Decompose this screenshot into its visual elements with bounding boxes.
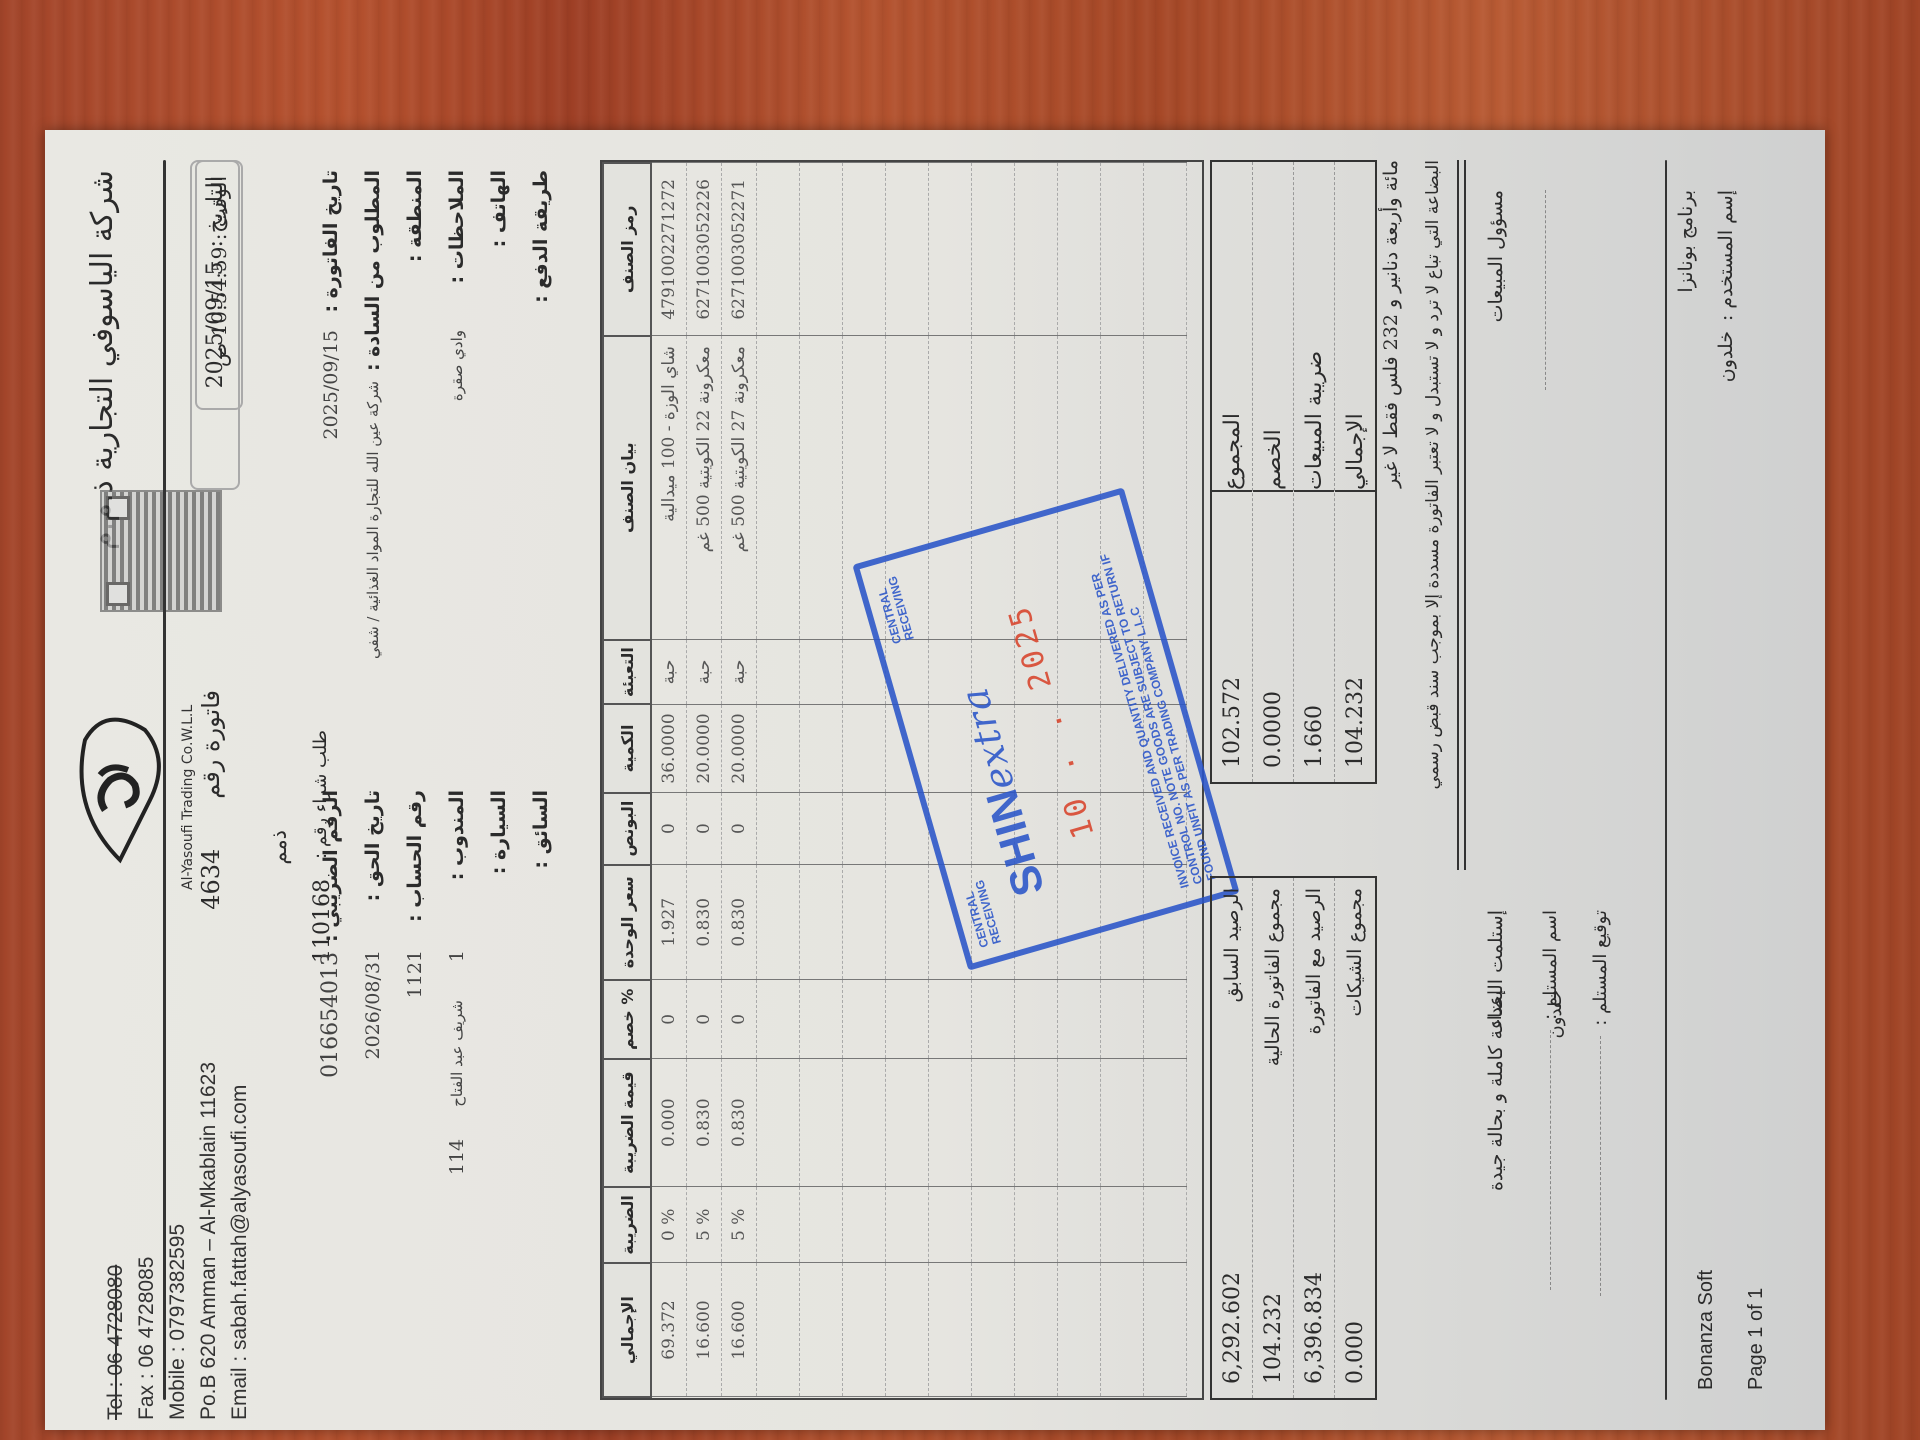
time-value: 10:54:59 ص (207, 247, 231, 367)
item-discount: 0 (651, 980, 687, 1059)
time-box: الوقت : 10:54:59 ص (195, 160, 243, 410)
receiver-name-label: اسم المستلم : (1540, 910, 1561, 1020)
item-tax-percent: % 5 (722, 1187, 757, 1263)
empty-cell (1015, 980, 1058, 1059)
empty-cell (1101, 1263, 1144, 1397)
empty-cell (972, 163, 1015, 336)
empty-cell (886, 1187, 929, 1263)
item-discount: 0 (722, 980, 757, 1059)
empty-cell (757, 1187, 800, 1263)
info-label: المنطقة : (394, 170, 436, 320)
salesman-id: 1 (436, 950, 478, 962)
stamp-brand-text: SHIN (977, 783, 1054, 901)
empty-cell (757, 1059, 800, 1187)
empty-cell (800, 163, 843, 336)
receiver-name-row: اسم المستلم : (1540, 910, 1561, 1370)
empty-cell (843, 980, 886, 1059)
info-label: السيارة : (478, 790, 520, 940)
invoice-label: فاتورة رقم (197, 690, 225, 799)
info-label: السائق : (520, 790, 562, 940)
table-row: 4791002271272شاي الوزة - 100 ميداليةحبة3… (651, 163, 687, 1397)
empty-cell (1144, 163, 1187, 336)
info-label: رقم الحساب : (394, 790, 436, 940)
empty-cell (757, 865, 800, 980)
current-invoice-value: 104.232 (1261, 1148, 1286, 1398)
empty-cell (800, 704, 843, 792)
qr-code-icon (100, 490, 222, 612)
empty-cell (843, 1059, 886, 1187)
empty-cell (972, 1187, 1015, 1263)
contact-block: Tel : 06 4728080 Fax : 06 4728085 Mobile… (100, 1062, 255, 1420)
salesman-name: شريف عبد الفتاح (436, 1000, 478, 1107)
item-quantity: 20.0000 (687, 704, 722, 792)
empty-cell (886, 980, 929, 1059)
empty-cell (1144, 1263, 1187, 1397)
grand-total-label: الإجمالي (1335, 162, 1375, 492)
discount-value: 0.0000 (1261, 492, 1286, 782)
empty-cell (886, 1263, 929, 1397)
item-pack: حبة (651, 640, 687, 705)
empty-cell (843, 793, 886, 865)
info-label: طريقة الدفع : (520, 170, 562, 320)
cheques-total-label: مجموع الشيكات (1344, 878, 1366, 1148)
empty-cell (800, 1263, 843, 1397)
footer-divider (1665, 160, 1667, 1400)
col-item-code: رمز الصنف (603, 163, 651, 336)
empty-cell (1015, 163, 1058, 336)
invoice-photo: شركة الياسوفي التجارية ذ.م.م Al-Yasoufi … (45, 130, 1845, 1420)
empty-cell (843, 865, 886, 980)
grand-total-value: 104.232 (1343, 492, 1368, 782)
empty-cell (972, 1263, 1015, 1397)
return-policy-notice: البضاعة التي تباع لا ترد و لا تستبدل و ل… (1423, 160, 1443, 1060)
empty-cell (1144, 1187, 1187, 1263)
empty-cell (1058, 1263, 1101, 1397)
empty-table-row (800, 163, 843, 1397)
stamp-brand-suffix: extra (952, 682, 1023, 795)
receiver-signature-line (1590, 1036, 1601, 1296)
info-value: 2025/09/15 (310, 330, 352, 440)
user-row: إسم المستخدم : خلدون (1715, 190, 1737, 382)
col-tax-percent: الضريبة (603, 1187, 651, 1263)
empty-cell (800, 1187, 843, 1263)
empty-cell (1144, 980, 1187, 1059)
info-label: الهاتف : (478, 170, 520, 320)
empty-cell (1015, 1187, 1058, 1263)
tel-number: Tel : 06 4728080 (100, 1062, 131, 1420)
invoice-number: 4634 (197, 849, 225, 910)
empty-cell (757, 704, 800, 792)
col-description: بيان الصنف (603, 336, 651, 640)
company-logo-icon (65, 700, 175, 870)
sales-manager-signature-line (1545, 190, 1546, 390)
item-description: معكرونة 22 الكويتية 500 غم (687, 336, 722, 640)
item-bonus: 0 (687, 793, 722, 865)
item-unit-price: 1.927 (651, 865, 687, 980)
item-tax-value: 0.830 (687, 1059, 722, 1187)
empty-cell (1101, 163, 1144, 336)
invoice-paper: شركة الياسوفي التجارية ذ.م.م Al-Yasoufi … (45, 130, 1825, 1430)
empty-cell (886, 163, 929, 336)
sales-tax-label: ضريبة المبيعات (1294, 162, 1334, 492)
receiver-signature-label: توقيع المستلم : (1590, 910, 1611, 1026)
item-code: 6271003052271 (722, 163, 757, 336)
empty-cell (1015, 1263, 1058, 1397)
empty-cell (1101, 980, 1144, 1059)
col-total: الإجمالي (603, 1263, 651, 1397)
info-label: الرقم الضريبي : (310, 790, 352, 942)
fax-number: Fax : 06 4728085 (131, 1062, 162, 1420)
item-quantity: 20.0000 (722, 704, 757, 792)
empty-cell (1144, 1059, 1187, 1187)
payment-type: ذمم (267, 830, 291, 865)
empty-cell (757, 640, 800, 705)
info-label: تاريخ الحق : (352, 790, 394, 940)
item-code: 4791002271272 (651, 163, 687, 336)
po-box-address: Po.B 620 Amman – Al-Mkablain 11623 (193, 1062, 224, 1420)
cheques-total-value: 0.000 (1343, 1148, 1368, 1398)
item-bonus: 0 (651, 793, 687, 865)
account-number: 1121 (394, 950, 436, 998)
col-pack: التعبئة (603, 640, 651, 705)
tax-number: 016654013 (310, 952, 352, 1078)
sales-tax-value: 1.660 (1302, 492, 1327, 782)
invoice-info-left: الرقم الضريبي :016654013 تاريخ الحق :202… (310, 790, 562, 1390)
company-name-english: Al-Yasoufi Trading Co.W.L.L (180, 705, 196, 890)
program-name: برنامج بونانزا (1675, 190, 1697, 293)
empty-cell (1058, 1187, 1101, 1263)
discount-label: الخصم (1253, 162, 1293, 492)
item-pack: حبة (722, 640, 757, 705)
balance-with-invoice-value: 6,396.834 (1302, 1148, 1327, 1398)
empty-cell (1058, 163, 1101, 336)
item-discount: 0 (687, 980, 722, 1059)
signature-divider (1457, 160, 1466, 870)
col-quantity: الكمية (603, 704, 651, 792)
empty-cell (757, 793, 800, 865)
item-pack: حبة (687, 640, 722, 705)
item-total: 16.600 (722, 1263, 757, 1397)
col-tax-value: قيمة الضريبة (603, 1059, 651, 1187)
item-bonus: 0 (722, 793, 757, 865)
empty-cell (757, 980, 800, 1059)
balance-box: الرصيد السابق6,292.602 مجموع الفاتورة ال… (1210, 876, 1377, 1400)
amount-in-words: مائة وأربعة دنانير و 232 فلس فقط لا غير (1380, 160, 1402, 920)
col-discount: % خصم (603, 980, 651, 1059)
item-description: معكرونة 27 الكويتية 500 غم (722, 336, 757, 640)
empty-cell (929, 1187, 972, 1263)
item-tax-percent: % 5 (687, 1187, 722, 1263)
col-unit-price: سعر الوحدة (603, 865, 651, 980)
empty-cell (757, 336, 800, 640)
item-code: 6271003052226 (687, 163, 722, 336)
stamp-corner-label: CENTRAL RECEIVING (873, 571, 917, 645)
info-label: تاريخ الفاتورة : (310, 170, 352, 320)
empty-cell (1058, 1059, 1101, 1187)
empty-cell (800, 793, 843, 865)
col-bonus: البونص (603, 793, 651, 865)
items-header-row: رمز الصنف بيان الصنف التعبئة الكمية البو… (603, 163, 651, 1397)
item-total: 69.372 (651, 1263, 687, 1397)
subtotal-label: المجموع (1212, 162, 1252, 492)
empty-cell (757, 1263, 800, 1397)
empty-cell (800, 1059, 843, 1187)
empty-cell (800, 980, 843, 1059)
empty-cell (1101, 1187, 1144, 1263)
sales-manager-label: مسؤول المبيعات (1485, 190, 1507, 322)
previous-balance-label: الرصيد السابق (1221, 878, 1243, 1148)
empty-cell (972, 1059, 1015, 1187)
empty-cell (757, 163, 800, 336)
subtotal-value: 102.572 (1220, 492, 1245, 782)
item-tax-value: 0.830 (722, 1059, 757, 1187)
email-address: Email : sabah.fattah@alyasoufi.com (224, 1062, 255, 1420)
empty-cell (800, 640, 843, 705)
empty-cell (843, 1263, 886, 1397)
customer-name: شركة عين الله للتجارة المواد الغذائية / … (352, 381, 394, 659)
empty-cell (929, 163, 972, 336)
empty-cell (929, 1059, 972, 1187)
item-quantity: 36.0000 (651, 704, 687, 792)
receiver-name-line (1540, 1030, 1551, 1290)
empty-cell (972, 980, 1015, 1059)
empty-cell (1101, 1059, 1144, 1187)
time-label: الوقت : (207, 176, 231, 240)
empty-cell (800, 865, 843, 980)
page-indicator: Page 1 of 1 (1745, 1288, 1768, 1390)
receiver-signature-row: توقيع المستلم : (1590, 910, 1611, 1370)
previous-balance-value: 6,292.602 (1220, 1148, 1245, 1398)
mobile-number: Mobile : 0797382595 (162, 1062, 193, 1420)
software-name: Bonanza Soft (1695, 1270, 1718, 1390)
invoice-info-right: تاريخ الفاتورة :2025/09/15 المطلوب من ال… (310, 170, 562, 690)
invoice-number-block: فاتورة رقم 4634 (197, 690, 225, 910)
info-label: المطلوب من السادة : (352, 170, 394, 371)
item-description: شاي الوزة - 100 ميدالية (651, 336, 687, 640)
table-row: 6271003052226معكرونة 22 الكويتية 500 غمح… (687, 163, 722, 1397)
table-row: 6271003052271معكرونة 27 الكويتية 500 غمح… (722, 163, 757, 1397)
item-total: 16.600 (687, 1263, 722, 1397)
empty-table-row (843, 163, 886, 1397)
empty-cell (929, 1263, 972, 1397)
stamp-corner-label: CENTRAL RECEIVING (960, 875, 1004, 949)
empty-cell (1058, 980, 1101, 1059)
empty-cell (800, 336, 843, 640)
item-tax-value: 0.000 (651, 1059, 687, 1187)
due-date: 2026/08/31 (352, 950, 394, 1060)
notes-value: وادي صقرة (436, 330, 478, 401)
item-unit-price: 0.830 (687, 865, 722, 980)
empty-cell (843, 163, 886, 336)
empty-table-row (757, 163, 800, 1397)
received-statement: إستلمت البضاعة كاملة و بحالة جيدة (1485, 910, 1507, 1370)
empty-cell (843, 1187, 886, 1263)
totals-box: المجموع102.572 الخصم0.0000 ضريبة المبيعا… (1210, 160, 1377, 784)
item-tax-percent: % 0 (651, 1187, 687, 1263)
info-label: الملاحظات : (436, 170, 478, 320)
empty-cell (1015, 1059, 1058, 1187)
current-invoice-label: مجموع الفاتورة الحالية (1262, 878, 1284, 1148)
user-name: خلدون (1715, 331, 1737, 382)
empty-cell (886, 865, 929, 980)
item-unit-price: 0.830 (722, 865, 757, 980)
empty-cell (843, 704, 886, 792)
user-label: إسم المستخدم : (1715, 190, 1737, 321)
salesman-code: 114 (436, 1139, 478, 1175)
empty-cell (886, 1059, 929, 1187)
empty-cell (929, 980, 972, 1059)
balance-with-invoice-label: الرصيد مع الفاتورة (1303, 878, 1325, 1148)
info-label: المندوب : (436, 790, 478, 940)
